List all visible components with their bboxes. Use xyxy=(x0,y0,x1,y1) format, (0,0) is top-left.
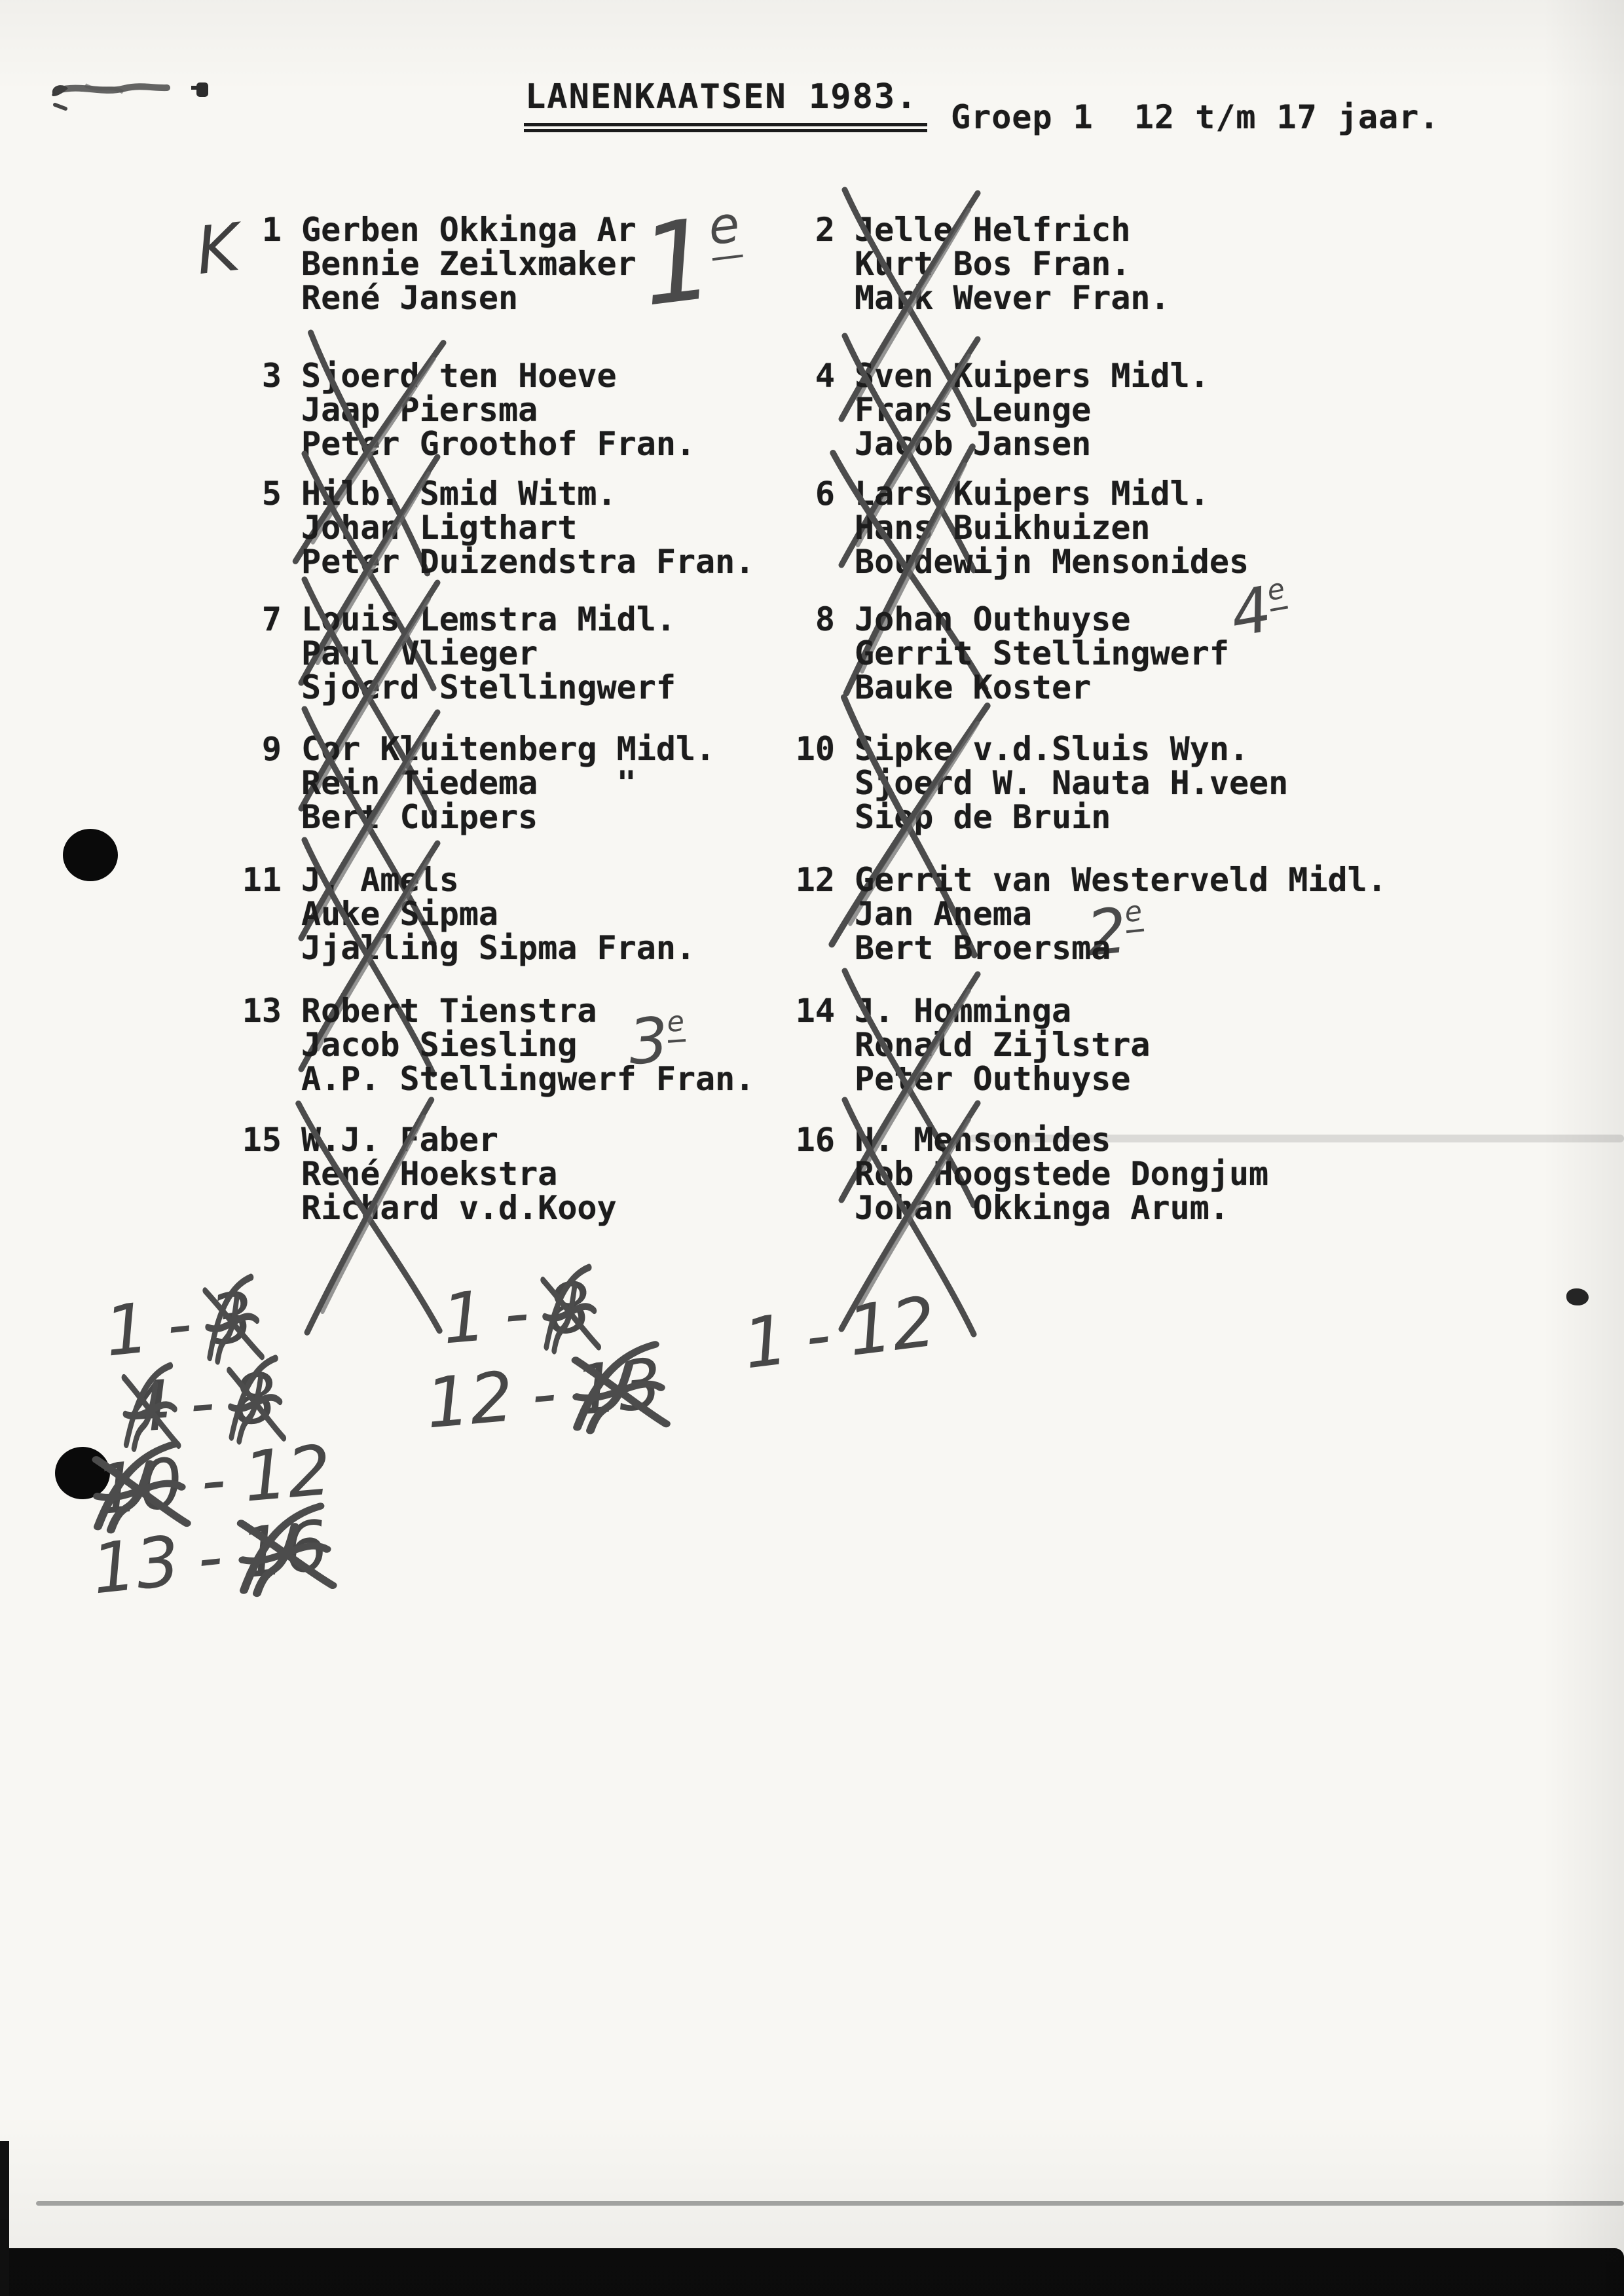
score-dash: - xyxy=(197,1440,229,1522)
score-left: 10 xyxy=(92,1443,186,1530)
scanned-document-page: LANENKAATSEN 1983. Groep 1 12 t/m 17 jaa… xyxy=(0,0,1624,2296)
handwritten-score: 12-13 xyxy=(422,1343,665,1444)
handwritten-placement-fourth: 4e xyxy=(1225,570,1294,651)
team-number: 15 xyxy=(183,1123,282,1225)
team-number: 14 xyxy=(724,994,835,1096)
team-entry-8: 8 Johan Outhuyse Gerrit Stellingwerf Bau… xyxy=(724,602,1229,704)
team-entry-3: 3 Sjoerd ten Hoeve Jaap Piersma Peter Gr… xyxy=(183,359,695,461)
team-entry-13: 13 Robert Tienstra Jacob Siesling A.P. S… xyxy=(183,994,754,1096)
ink-blot xyxy=(1566,1288,1589,1305)
team-members: Gerrit van Westerveld Midl. Jan Anema Be… xyxy=(855,863,1387,965)
team-number: 1 xyxy=(183,213,282,315)
score-dash: - xyxy=(187,1362,217,1444)
team-number: 8 xyxy=(724,602,835,704)
team-number: 9 xyxy=(183,732,282,834)
team-entry-10: 10 Sipke v.d.Sluis Wyn. Sjoerd W. Nauta … xyxy=(724,732,1288,834)
team-entry-9: 9 Cor Kluitenberg Midl. Rein Tiedema " B… xyxy=(183,732,715,834)
team-number: 5 xyxy=(183,477,282,579)
score-right: 12 xyxy=(843,1282,940,1372)
score-dash: - xyxy=(163,1283,196,1365)
member-name: René Jansen xyxy=(301,281,637,315)
member-name: A.P. Stellingwerf Fran. xyxy=(301,1062,754,1096)
team-entry-15: 15 W.J. Faber René Hoekstra Richard v.d.… xyxy=(183,1123,617,1225)
member-name: Bert Broersma xyxy=(855,931,1387,965)
team-entry-6: 6 Lars Kuipers Midl. Hans Buikhuizen Bou… xyxy=(724,477,1249,579)
scan-black-edge xyxy=(0,2248,1624,2296)
team-entry-16: 16 H. Mensonides Rob Hoogstede Dongjum J… xyxy=(724,1123,1268,1225)
score-right: 16 xyxy=(236,1505,332,1594)
member-name: Jacob Siesling xyxy=(301,1028,754,1062)
scan-artifact-line xyxy=(36,2201,1624,2206)
member-name: Bennie Zeilxmaker xyxy=(301,247,637,281)
member-name: Jan Anema xyxy=(855,897,1387,931)
team-number: 4 xyxy=(724,359,835,461)
handwritten-score: 1-12 xyxy=(739,1282,940,1385)
team-number: 3 xyxy=(183,359,282,461)
pencil-smudge-mark xyxy=(46,71,216,117)
member-name: Gerrit van Westerveld Midl. xyxy=(855,863,1387,897)
score-right: 8 xyxy=(544,1267,594,1350)
member-name: Gerben Okkinga Ar xyxy=(301,213,637,247)
score-right: 3 xyxy=(206,1277,257,1360)
scan-left-edge xyxy=(0,2141,9,2296)
team-number: 11 xyxy=(183,863,282,965)
team-entry-5: 5 Hilb. Smid Witm. Johan Ligthart Peter … xyxy=(183,477,754,579)
member-name: Gerrit Stellingwerf xyxy=(855,636,1229,670)
team-members: Robert Tienstra Jacob Siesling A.P. Stel… xyxy=(301,994,754,1096)
score-left: 1 xyxy=(739,1300,792,1384)
score-left: 1 xyxy=(439,1276,489,1359)
member-name: Johan Outhuyse xyxy=(855,602,1229,636)
score-left: 4 xyxy=(125,1365,174,1448)
team-entry-12: 12 Gerrit van Westerveld Midl. Jan Anema… xyxy=(724,863,1387,965)
handwritten-score: 4-8 xyxy=(125,1358,279,1448)
scribble-crossout xyxy=(561,1336,675,1441)
team-members: Gerben Okkinga Ar Bennie Zeilxmaker René… xyxy=(301,213,637,315)
score-right: 13 xyxy=(571,1343,665,1430)
team-number: 7 xyxy=(183,602,282,704)
team-number: 16 xyxy=(724,1123,835,1225)
score-dash: - xyxy=(501,1273,532,1355)
team-entry-1: 1 Gerben Okkinga Ar Bennie Zeilxmaker Re… xyxy=(183,213,637,315)
team-entry-14: 14 J. Homminga Ronald Zijlstra Peter Out… xyxy=(724,994,1151,1096)
team-entry-11: 11 J. Amels Auke Sipma Jjalling Sipma Fr… xyxy=(183,863,695,965)
crossout-mark xyxy=(275,1089,465,1347)
score-left: 12 xyxy=(422,1357,517,1444)
team-number: 2 xyxy=(724,213,835,315)
team-number: 12 xyxy=(724,863,835,965)
member-name: Robert Tienstra xyxy=(301,994,754,1028)
team-members: Johan Outhuyse Gerrit Stellingwerf Bauke… xyxy=(855,602,1229,704)
score-dash: - xyxy=(801,1294,835,1377)
team-number: 13 xyxy=(183,994,282,1096)
score-left: 13 xyxy=(88,1521,184,1609)
page-title: LANENKAATSEN 1983. xyxy=(524,77,927,132)
score-right: 8 xyxy=(230,1358,279,1440)
team-entry-2: 2 Jelle Helfrich Kurt Bos Fran. Mark Wev… xyxy=(724,213,1170,315)
team-entry-7: 7 Louis Lemstra Midl. Paul Vlieger Sjoer… xyxy=(183,602,676,704)
score-dash: - xyxy=(528,1353,559,1435)
score-dash: - xyxy=(193,1516,226,1598)
page-subtitle: Groep 1 12 t/m 17 jaar. xyxy=(951,98,1439,136)
scribble-crossout xyxy=(227,1498,342,1604)
hole-punch xyxy=(63,829,118,881)
score-left: 1 xyxy=(101,1288,153,1372)
